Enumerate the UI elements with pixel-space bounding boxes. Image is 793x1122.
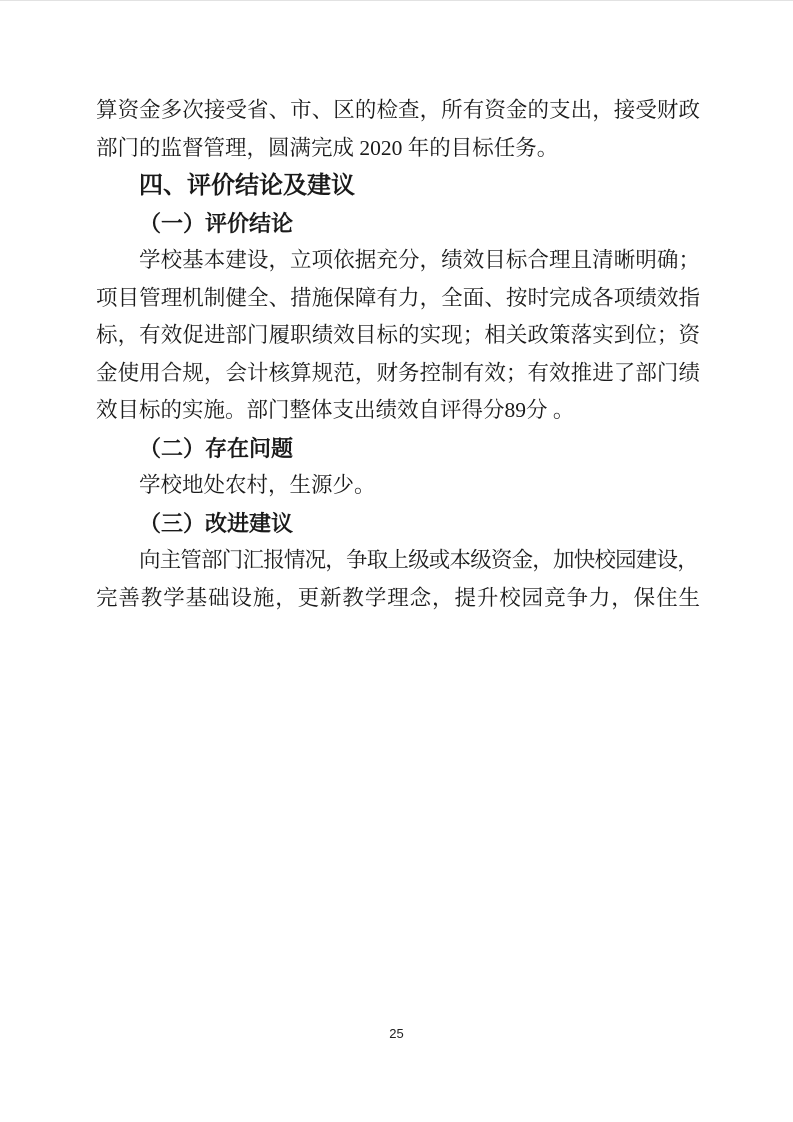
paragraph-line: 金使用合规，会计核算规范，财务控制有效；有效推进了部门绩 [96,355,700,393]
section-heading: 四、评价结论及建议 [96,167,700,205]
paragraph-line: 学校基本建设，立项依据充分，绩效目标合理且清晰明确； [96,242,700,280]
paragraph-line: 学校地处农村，生源少。 [96,467,700,505]
subsection-heading-problems: （二）存在问题 [96,430,700,468]
paragraph-line: 标，有效促进部门履职绩效目标的实现；相关政策落实到位；资 [96,317,700,355]
paragraph-line: 向主管部门汇报情况，争取上级或本级资金，加快校园建设， [96,542,700,580]
paragraph-line: 效目标的实施。部门整体支出绩效自评得分89分 。 [96,392,700,430]
subsection-heading-suggestions: （三）改进建议 [96,505,700,543]
paragraph-line: 部门的监督管理，圆满完成 2020 年的目标任务。 [96,130,700,168]
paragraph-line: 算资金多次接受省、市、区的检查，所有资金的支出，接受财政 [96,92,700,130]
subsection-heading-conclusion: （一）评价结论 [96,205,700,243]
paragraph-line: 完善教学基础设施，更新教学理念，提升校园竞争力，保住生源。 [96,580,700,618]
paragraph-line: 项目管理机制健全、措施保障有力，全面、按时完成各项绩效指 [96,280,700,318]
document-body: 算资金多次接受省、市、区的检查，所有资金的支出，接受财政 部门的监督管理，圆满完… [96,92,700,617]
document-page: 算资金多次接受省、市、区的检查，所有资金的支出，接受财政 部门的监督管理，圆满完… [0,0,793,1122]
page-number: 25 [0,1025,793,1043]
